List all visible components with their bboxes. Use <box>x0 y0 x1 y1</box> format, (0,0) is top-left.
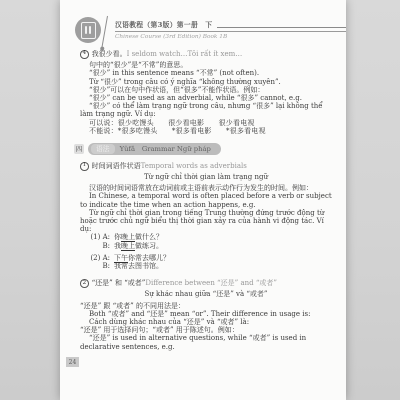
section-pill: 语法 Yǔfǎ Grammar Ngữ pháp <box>88 143 221 155</box>
page-header: 汉语教程（第3版）第一册 下 Chinese Course (3rd Editi… <box>60 16 346 50</box>
circled-number-2: 2 <box>80 279 89 288</box>
note4-line: “很少”可以在句中作状语，但“很多”不能作状语。例如： <box>80 86 332 94</box>
book-title-chinese: 汉语教程（第3版）第一册 下 <box>115 19 212 29</box>
point2-line: “还是” 跟 “或者” 的不同用法是： <box>80 302 332 310</box>
logo-glyph <box>81 22 96 39</box>
dialog-line: (1) A: 你晚上做什么？ <box>80 233 332 241</box>
point2-subtitle-vietnamese: Sự khác nhau giữa “还是” và “或者” <box>80 290 332 298</box>
point1-paragraph-chinese: 汉语的时间词语常放在动词前或主语前表示动作行为发生的时间。例如： <box>80 184 332 192</box>
section-number-box: 四 <box>74 144 84 154</box>
book-page: 汉语教程（第3版）第一册 下 Chinese Course (3rd Editi… <box>60 0 346 400</box>
grammar-point-1-heading: 1 时间词语作状语 Temporal words as adverbials <box>80 162 332 171</box>
point1-chinese: 时间词语作状语 <box>92 162 141 170</box>
note4-line: “很少” in this sentence means “不常” (not of… <box>80 69 332 77</box>
circled-number-4: 4 <box>80 50 89 59</box>
dialog-line: (2) A: 下午你常去哪儿？ <box>80 254 332 262</box>
note4-line: “很少” có thể làm trạng ngữ trong câu, như… <box>80 102 332 118</box>
note4-line: Từ “很少” trong câu có ý nghĩa “không thườ… <box>80 78 332 86</box>
note4-example-ok: 可以说：很少吃馒头 很少看电影 很少看电视 <box>80 119 332 127</box>
point2-line: “还是” is used in alternative questions, w… <box>80 334 332 350</box>
dialog-line: B: 我晚上做练习。 <box>80 242 332 250</box>
point1-gloss: Temporal words as adverbials <box>141 162 247 170</box>
note4-gloss: I seldom watch…Tôi rất ít xem… <box>127 50 243 58</box>
page-content: 4 我很少看。 I seldom watch…Tôi rất ít xem… 句… <box>60 50 346 351</box>
grammar-point-2-heading: 2 “还是” 和 “或者” Difference between “还是” an… <box>80 279 332 288</box>
page-number: 24 <box>66 357 79 367</box>
header-slash-divider <box>101 16 108 49</box>
header-rule-right <box>217 27 346 28</box>
point2-chinese: “还是” 和 “或者” <box>92 279 146 287</box>
underlined-time-word: 晚上 <box>121 233 135 241</box>
section-grammar-header: 四 语法 Yǔfǎ Grammar Ngữ pháp <box>74 143 332 155</box>
underlined-time-word: 晚上 <box>121 242 135 250</box>
header-titles: 汉语教程（第3版）第一册 下 Chinese Course (3rd Editi… <box>115 19 346 40</box>
note4-chinese: 我很少看。 <box>92 50 127 58</box>
circled-number-1: 1 <box>80 162 89 171</box>
note4-example-bad: 不能说：*很多吃馒头 *很多看电影 *很多看电视 <box>80 127 332 135</box>
dialog-line: B: 我常去图书馆。 <box>80 262 332 270</box>
header-rule <box>115 31 346 32</box>
note4-line: “很少” can be used as an adverbial, while … <box>80 94 332 102</box>
note-item-4-heading: 4 我很少看。 I seldom watch…Tôi rất ít xem… <box>80 50 332 59</box>
point1-paragraph-english: In Chinese, a temporal word is often pla… <box>80 192 332 208</box>
point2-gloss: Difference between “还是” and “或者” <box>145 279 277 287</box>
publisher-logo-icon <box>75 17 101 43</box>
point1-paragraph-vietnamese: Từ ngữ chỉ thời gian trong tiếng Trung t… <box>80 209 332 234</box>
section-tab-translation: Yǔfǎ Grammar Ngữ pháp <box>120 145 211 153</box>
point2-line: Cách dùng khác nhau của “还是” và “或者” là: <box>80 318 332 326</box>
book-title-english: Chinese Course (3rd Edition) Book 1B <box>115 34 346 40</box>
section-tab-chinese: 语法 <box>91 144 115 154</box>
point1-subtitle-vietnamese: Từ ngữ chỉ thời gian làm trạng ngữ <box>80 173 332 181</box>
scanned-textbook-screenshot: 汉语教程（第3版）第一册 下 Chinese Course (3rd Editi… <box>0 0 400 400</box>
point2-line: Both “或者” and “还是” mean “or”. Their diff… <box>80 310 332 318</box>
underlined-time-word: 下午 <box>114 254 128 262</box>
